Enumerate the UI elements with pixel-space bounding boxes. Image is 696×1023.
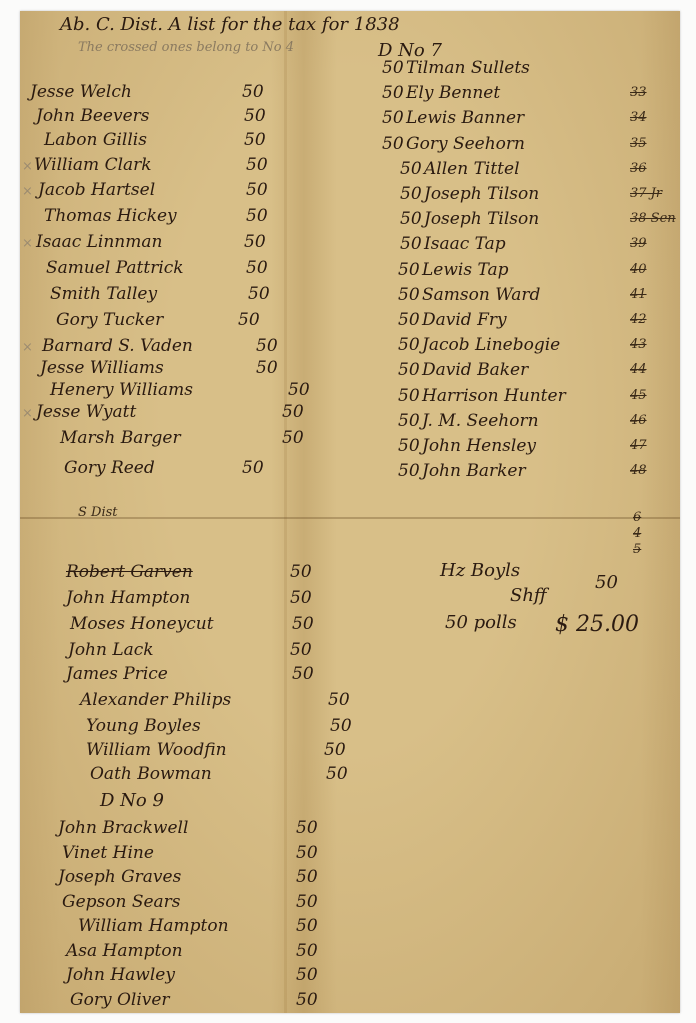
list-item-name: Jesse Welch (30, 82, 132, 102)
horizontal-fold-line (20, 517, 680, 519)
list-item-amount: 50 (400, 209, 422, 229)
list-item-amount: 50 (296, 818, 318, 838)
list-item-amount: 50 (296, 892, 318, 912)
list-item-amount: 50 (398, 335, 420, 355)
list-item-amount: 50 (398, 411, 420, 431)
list-item-name: William Clark (34, 155, 152, 175)
list-item-name: William Woodfin (86, 740, 227, 760)
list-item-amount: 50 (292, 664, 314, 684)
list-item-name: Vinet Hine (62, 843, 154, 863)
list-item-name: John Hensley (422, 436, 536, 456)
list-item-name: Robert Garven (66, 562, 193, 582)
list-item-amount: 50 (398, 310, 420, 330)
list-item-amount: 50 (256, 358, 278, 378)
list-item-name: Tilman Sullets (406, 58, 530, 78)
list-item-name: Jacob Linebogie (422, 335, 560, 355)
list-item-name: John Hawley (66, 965, 175, 985)
check-mark-icon: × (22, 184, 33, 199)
check-mark-icon: × (22, 340, 33, 355)
list-item-amount: 50 (246, 206, 268, 226)
list-item-name: Moses Honeycut (70, 614, 214, 634)
list-item-amount: 50 (296, 990, 318, 1010)
list-item-name: Asa Hampton (66, 941, 183, 961)
document-heading: Ab. C. Dist. A list for the tax for 1838 (60, 14, 400, 35)
list-item-amount: 50 (324, 740, 346, 760)
list-item-amount: 50 (398, 436, 420, 456)
list-item-amount: 50 (398, 285, 420, 305)
list-item-amount: 50 (296, 941, 318, 961)
tally-number: 46 (630, 413, 647, 428)
tally-number: 47 (630, 438, 647, 453)
list-item-name: David Fry (422, 310, 507, 330)
total-amount: $ 25.00 (555, 612, 639, 637)
list-item-amount: 50 (400, 159, 422, 179)
sheriff-name: Hz Boyls (440, 560, 520, 581)
list-item-amount: 50 (244, 130, 266, 150)
list-item-name: Allen Tittel (424, 159, 520, 179)
list-item-name: Jacob Hartsel (38, 180, 155, 200)
list-item-name: Gory Seehorn (406, 134, 525, 154)
list-item-name: Joseph Tilson (424, 209, 539, 229)
list-item-amount: 50 (296, 916, 318, 936)
list-item-amount: 50 (290, 562, 312, 582)
list-item-name: Alexander Philips (80, 690, 231, 710)
list-item-amount: 50 (282, 402, 304, 422)
list-item-amount: 50 (382, 108, 404, 128)
list-item-name: Lewis Tap (422, 260, 509, 280)
tally-number: 36 (630, 161, 647, 176)
list-item-amount: 50 (296, 867, 318, 887)
list-item-name: William Hampton (78, 916, 229, 936)
list-item-amount: 50 (244, 106, 266, 126)
tally-number: 6 (633, 510, 641, 525)
sheriff-amount: 50 (595, 572, 618, 593)
list-item-name: Smith Talley (50, 284, 157, 304)
list-item-name: Ely Bennet (406, 83, 500, 103)
vertical-fold-line (284, 11, 287, 1013)
list-item-name: Lewis Banner (406, 108, 524, 128)
list-item-name: John Beevers (36, 106, 149, 126)
list-item-name: John Barker (422, 461, 526, 481)
tally-number: 4 (633, 526, 641, 541)
list-item-amount: 50 (290, 640, 312, 660)
list-item-name: Isaac Linnman (36, 232, 162, 252)
check-mark-icon: × (22, 406, 33, 421)
list-item-name: John Hampton (66, 588, 190, 608)
tally-number: 34 (630, 110, 647, 125)
list-item-name: John Brackwell (58, 818, 188, 838)
list-item-amount: 50 (296, 965, 318, 985)
list-item-amount: 50 (328, 690, 350, 710)
list-item-amount: 50 (330, 716, 352, 736)
list-item-amount: 50 (400, 184, 422, 204)
tally-number: 43 (630, 337, 647, 352)
list-item-amount: 50 (398, 461, 420, 481)
list-item-name: Harrison Hunter (422, 386, 566, 406)
list-item-name: Samuel Pattrick (46, 258, 184, 278)
list-item-name: Samson Ward (422, 285, 540, 305)
tally-number: 33 (630, 85, 647, 100)
list-item-name: Thomas Hickey (44, 206, 177, 226)
annotation-note: The crossed ones belong to No 4 (78, 40, 294, 55)
sheriff-title: Shff (510, 585, 547, 606)
list-item-name: James Price (66, 664, 168, 684)
check-mark-icon: × (22, 236, 33, 251)
tally-number: 41 (630, 287, 647, 302)
list-item-name: Barnard S. Vaden (42, 336, 193, 356)
list-item-name: Gepson Sears (62, 892, 181, 912)
list-item-name: Joseph Tilson (424, 184, 539, 204)
tally-number: 45 (630, 388, 647, 403)
list-item-name: Gory Reed (64, 458, 155, 478)
list-item-amount: 50 (282, 428, 304, 448)
list-item-name: Oath Bowman (90, 764, 212, 784)
list-item-name: Marsh Barger (60, 428, 181, 448)
list-item-amount: 50 (382, 134, 404, 154)
list-item-amount: 50 (256, 336, 278, 356)
list-item-name: Young Boyles (86, 716, 201, 736)
list-item-amount: 50 (242, 82, 264, 102)
list-item-amount: 50 (238, 310, 260, 330)
list-item-amount: 50 (398, 260, 420, 280)
list-item-name: Gory Tucker (56, 310, 163, 330)
list-item-amount: 50 (242, 458, 264, 478)
list-item-amount: 50 (292, 614, 314, 634)
list-item-amount: 50 (326, 764, 348, 784)
tally-number: 38 Sen (630, 211, 676, 226)
list-item-name: John Lack (68, 640, 154, 660)
tally-number: 42 (630, 312, 647, 327)
list-item-amount: 50 (382, 83, 404, 103)
list-item-amount: 50 (244, 232, 266, 252)
list-item-amount: 50 (398, 386, 420, 406)
list-item-amount: 50 (398, 360, 420, 380)
tally-number: 35 (630, 136, 647, 151)
list-item-amount: 50 (382, 58, 404, 78)
list-item-amount: 50 (246, 180, 268, 200)
district-9-label: D No 9 (100, 790, 164, 811)
list-item-amount: 50 (296, 843, 318, 863)
check-mark-icon: × (22, 159, 33, 174)
list-item-amount: 50 (290, 588, 312, 608)
left-footer-label: S Dist (78, 505, 118, 520)
list-item-name: Joseph Graves (58, 867, 181, 887)
list-item-amount: 50 (246, 258, 268, 278)
tally-number: 40 (630, 262, 647, 277)
list-item-name: Jesse Williams (40, 358, 164, 378)
list-item-name: Gory Oliver (70, 990, 170, 1010)
list-item-amount: 50 (288, 380, 310, 400)
tally-number: 44 (630, 362, 647, 377)
polls-count: 50 polls (445, 612, 517, 633)
tally-number: 39 (630, 236, 647, 251)
list-item-name: Jesse Wyatt (36, 402, 136, 422)
tally-number: 37 Jr (630, 186, 662, 201)
list-item-name: Henery Williams (50, 380, 193, 400)
tally-number: 5 (633, 542, 641, 557)
list-item-amount: 50 (246, 155, 268, 175)
list-item-amount: 50 (248, 284, 270, 304)
list-item-amount: 50 (400, 234, 422, 254)
list-item-name: Labon Gillis (44, 130, 147, 150)
tally-number: 48 (630, 463, 647, 478)
list-item-name: J. M. Seehorn (422, 411, 539, 431)
list-item-name: David Baker (422, 360, 528, 380)
list-item-name: Isaac Tap (424, 234, 506, 254)
